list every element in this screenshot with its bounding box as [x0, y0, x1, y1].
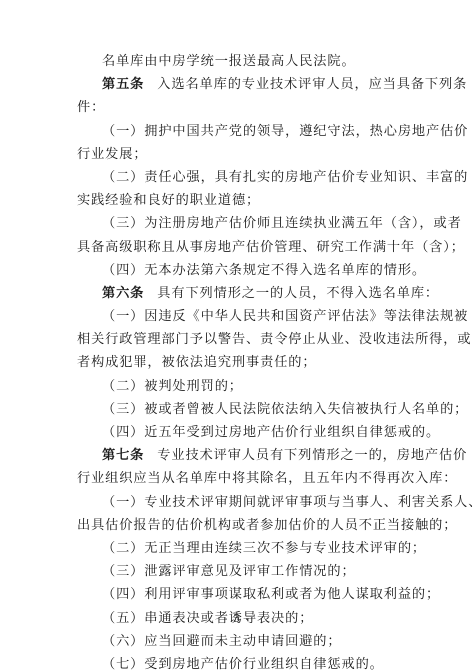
text-line: 出具估价报告的估价机构或者参加估价的人员不正当接触的； — [77, 514, 409, 537]
list-item: （七）受到房地产估价行业组织自律惩戒的。 — [77, 653, 409, 670]
list-item: （四）无本办法第六条规定不得入选名单库的情形。 — [77, 259, 409, 282]
list-item: （三）被或者曾被人民法院依法纳入失信被执行人名单的； — [77, 398, 409, 421]
page-number: - 3 - — [0, 612, 474, 625]
text-line: 者构成犯罪，被依法追究刑事责任的； — [77, 351, 409, 374]
article-label: 第七条 — [102, 448, 144, 463]
list-item: （一）因违反《中华人民共和国资产评估法》等法律法规被 — [77, 305, 409, 328]
list-item: （四）利用评审事项谋取私利或者为他人谋取利益的； — [77, 583, 409, 606]
text-line: 行业发展； — [77, 143, 409, 166]
text-line: 名单库由中房学统一报送最高人民法院。 — [77, 50, 409, 73]
article-label: 第六条 — [102, 286, 144, 301]
text-line: 实践经验和良好的职业道德； — [77, 189, 409, 212]
list-item: （一）专业技术评审期间就评审事项与当事人、利害关系人、 — [77, 491, 409, 514]
text-line: 相关行政管理部门予以警告、责令停止从业、没收违法所得，或 — [77, 328, 409, 351]
list-item: （二）无正当理由连续三次不参与专业技术评审的； — [77, 537, 409, 560]
article-text: 具有下列情形之一的人员，不得入选名单库： — [157, 286, 439, 301]
article-seven-heading: 第七条专业技术评审人员有下列情形之一的，房地产估价 — [77, 444, 409, 467]
list-item: （四）近五年受到过房地产估价行业组织自律惩戒的。 — [77, 421, 409, 444]
list-item: （二）被判处刑罚的； — [77, 375, 409, 398]
list-item: （三）泄露评审意见及评审工作情况的； — [77, 560, 409, 583]
article-six-heading: 第六条具有下列情形之一的人员，不得入选名单库： — [77, 282, 409, 305]
list-item: （二）责任心强，具有扎实的房地产估价专业知识、丰富的 — [77, 166, 409, 189]
list-item: （三）为注册房地产估价师且连续执业满五年（含），或者 — [77, 212, 409, 235]
list-item: （六）应当回避而未主动申请回避的； — [77, 630, 409, 653]
list-item: （一）拥护中国共产党的领导，遵纪守法，热心房地产估价 — [77, 120, 409, 143]
article-text: 专业技术评审人员有下列情形之一的，房地产估价 — [157, 448, 467, 463]
text-line: 件： — [77, 96, 409, 119]
article-five-heading: 第五条入选名单库的专业技术评审人员，应当具备下列条 — [77, 73, 409, 96]
text-line: 行业组织应当从名单库中将其除名，且五年内不得再次入库： — [77, 467, 409, 490]
document-page: 名单库由中房学统一报送最高人民法院。 第五条入选名单库的专业技术评审人员，应当具… — [77, 50, 409, 670]
article-label: 第五条 — [102, 77, 144, 92]
text-line: 具备高级职称且从事房地产估价管理、研究工作满十年（含）； — [77, 236, 409, 259]
article-text: 入选名单库的专业技术评审人员，应当具备下列条 — [157, 77, 467, 92]
